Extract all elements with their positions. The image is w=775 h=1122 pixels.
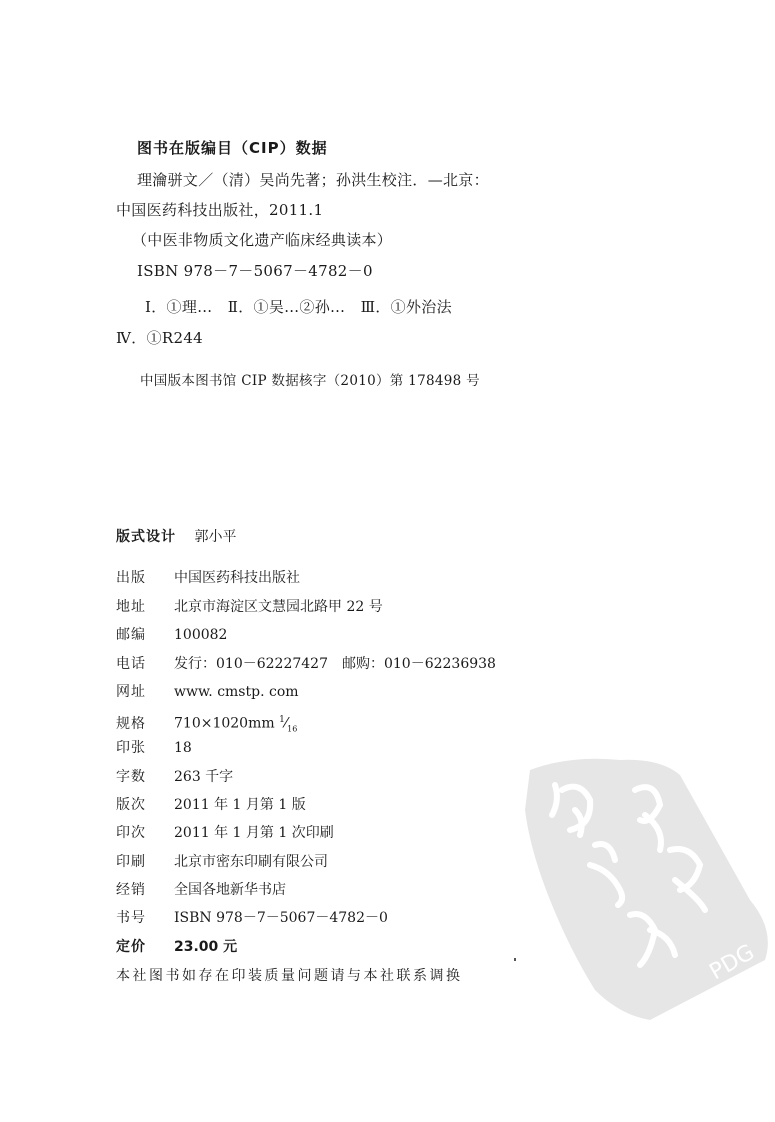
imprint-label: 出版 bbox=[116, 568, 174, 588]
imprint-label: 网址 bbox=[116, 682, 174, 702]
imprint-row: 书号ISBN 978－7－5067－4782－0 bbox=[116, 908, 388, 928]
cip-line-publisher: 中国医药科技出版社，2011.1 bbox=[116, 200, 323, 220]
imprint-value: www. cmstp. com bbox=[174, 682, 299, 702]
imprint-row: 邮编100082 bbox=[116, 625, 227, 645]
design-label: 版式设计 bbox=[116, 527, 190, 547]
cip-line-subjects: Ⅰ．①理… Ⅱ．①吴…②孙… Ⅲ．①外治法 bbox=[145, 297, 452, 317]
imprint-value: 2011 年 1 月第 1 版 bbox=[174, 795, 306, 815]
cip-line-series: （中医非物质文化遗产临床经典读本） bbox=[132, 230, 392, 250]
format-size: 710×1020mm bbox=[174, 716, 275, 732]
imprint-row: 字数263 千字 bbox=[116, 767, 233, 787]
imprint-row: 印刷北京市密东印刷有限公司 bbox=[116, 852, 328, 872]
imprint-value: 100082 bbox=[174, 625, 227, 645]
imprint-value: 北京市密东印刷有限公司 bbox=[174, 852, 328, 872]
cip-record-number: 中国版本图书馆 CIP 数据核字（2010）第 178498 号 bbox=[140, 371, 480, 391]
design-value: 郭小平 bbox=[194, 527, 236, 547]
imprint-row: 印次2011 年 1 月第 1 次印刷 bbox=[116, 823, 334, 843]
imprint-row: 电话发行：010－62227427 邮购：010－62236938 bbox=[116, 654, 496, 674]
imprint-label: 印刷 bbox=[116, 852, 174, 872]
imprint-label: 电话 bbox=[116, 654, 174, 674]
imprint-row: 出版中国医药科技出版社 bbox=[116, 568, 300, 588]
price-row: 定价23.00 元 bbox=[116, 937, 237, 957]
price-value: 23.00 元 bbox=[174, 937, 237, 957]
imprint-value: ISBN 978－7－5067－4782－0 bbox=[174, 908, 388, 928]
imprint-label: 印次 bbox=[116, 823, 174, 843]
imprint-row: 规格710×1020mm 1⁄16 bbox=[116, 710, 297, 739]
fraction-numerator: 1 bbox=[279, 715, 285, 725]
imprint-row: 版次2011 年 1 月第 1 版 bbox=[116, 795, 306, 815]
fraction-denominator: 16 bbox=[287, 724, 297, 733]
imprint-value: 710×1020mm 1⁄16 bbox=[174, 710, 297, 739]
imprint-value: 2011 年 1 月第 1 次印刷 bbox=[174, 823, 334, 843]
imprint-value: 263 千字 bbox=[174, 767, 233, 787]
pdg-seal-watermark: PDG bbox=[500, 730, 775, 1020]
imprint-label: 印张 bbox=[116, 738, 174, 758]
imprint-value: 18 bbox=[174, 738, 192, 758]
imprint-row: 经销全国各地新华书店 bbox=[116, 880, 286, 900]
imprint-label: 字数 bbox=[116, 767, 174, 787]
imprint-label: 规格 bbox=[116, 714, 174, 734]
imprint-label: 经销 bbox=[116, 880, 174, 900]
imprint-label: 版次 bbox=[116, 795, 174, 815]
imprint-row: 地址北京市海淀区文慧园北路甲 22 号 bbox=[116, 597, 383, 617]
price-label: 定价 bbox=[116, 937, 174, 957]
imprint-label: 书号 bbox=[116, 908, 174, 928]
imprint-label: 邮编 bbox=[116, 625, 174, 645]
cip-line-isbn: ISBN 978－7－5067－4782－0 bbox=[137, 261, 373, 281]
quality-notice: 本社图书如存在印装质量问题请与本社联系调换 bbox=[116, 966, 463, 986]
design-credit: 版式设计 郭小平 bbox=[116, 527, 236, 547]
imprint-value: 北京市海淀区文慧园北路甲 22 号 bbox=[174, 597, 383, 617]
imprint-value: 中国医药科技出版社 bbox=[174, 568, 300, 588]
imprint-label: 地址 bbox=[116, 597, 174, 617]
imprint-value: 全国各地新华书店 bbox=[174, 880, 286, 900]
imprint-row: 网址www. cmstp. com bbox=[116, 682, 299, 702]
cip-line-classification: Ⅳ．①R244 bbox=[116, 328, 203, 348]
imprint-value: 发行：010－62227427 邮购：010－62236938 bbox=[174, 654, 496, 674]
imprint-row: 印张18 bbox=[116, 738, 192, 758]
cip-line-title-author: 理瀹骈文／（清）吴尚先著；孙洪生校注．—北京： bbox=[137, 170, 489, 190]
cip-title: 图书在版编目（CIP）数据 bbox=[137, 138, 328, 158]
